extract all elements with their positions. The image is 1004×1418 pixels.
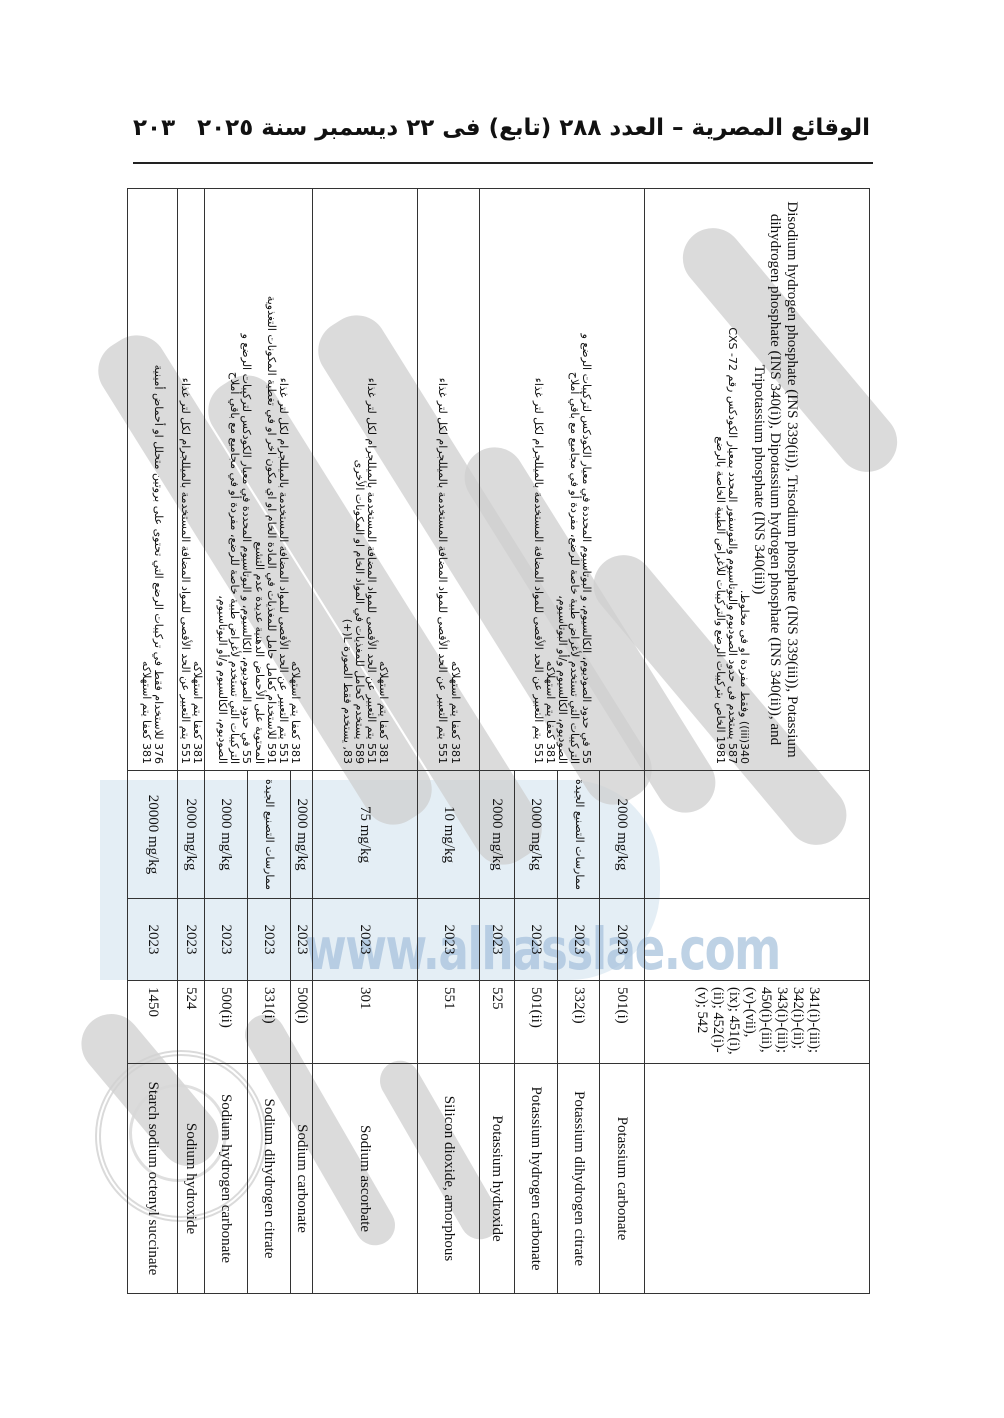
ins-number-cell: 341(i)-(iii); 342(i)-(ii); 343(i)-(iii);… (645, 981, 870, 1064)
max-level-cell: ممارسات التصنيع الجيدة (248, 771, 291, 899)
max-level-value: 20000 mg/kg (145, 795, 161, 875)
additives-table-frame: 341(i)-(iii); 342(i)-(ii); 343(i)-(iii);… (133, 188, 870, 1293)
max-level-value: 75 mg/kg (357, 806, 373, 863)
notes-line: 551 يتم التعبير عن الحد الأقصى للمواد ال… (277, 195, 289, 764)
max-level-cell: 10 mg/kg (418, 771, 480, 899)
notes-line: 1981 الخاص بتركيبات الرضع والتركيبات للأ… (714, 195, 726, 764)
ins-number-cell: 551 (418, 981, 480, 1064)
notes-line: 381 كعفا يتم استهلاكه (289, 195, 301, 764)
year-cell: 2023 (205, 899, 248, 981)
max-level-cell: 2000 mg/kg (515, 771, 558, 899)
notes-line: 551 يتم التعبير عن الحد الأقصى للمواد ال… (532, 195, 544, 764)
notes-cell: Disodium hydrogen phosphate (INS 339(ii)… (645, 189, 870, 771)
notes-line: 551 يتم التعبير عن الحد الأقصى للمواد ال… (436, 195, 448, 764)
max-level-cell: 20000 mg/kg (127, 771, 177, 899)
notes-cell: 381 كعفا يتم استهلاكه551 يتم التعبير عن … (177, 189, 204, 771)
table-row: Sodium hydroxide52420232000 mg/kg381 كعف… (177, 189, 204, 1294)
notes-cell: 55 في حدود الصوديوم، الكالسيوم، و البوتا… (480, 189, 645, 771)
year-cell: 2023 (480, 899, 515, 981)
ins-number-cell: 525 (480, 981, 515, 1064)
notes-line: 55 في حدود الصوديوم، الكالسيوم، و البوتا… (580, 195, 592, 764)
table-row: Sodium carbonate500(i)20232000 mg/kg381 … (291, 189, 313, 1294)
ins-number-cell: 1450 (127, 981, 177, 1064)
additive-name-cell: Potassium hydrogen carbonate (515, 1064, 558, 1294)
max-level-value: 2000 mg/kg (183, 798, 199, 870)
notes-line: 551 يتم التعبير عن الحد الأقصى للمواد ال… (179, 195, 191, 764)
additive-name-cell: Potassium carbonate (600, 1064, 645, 1294)
max-level-cell: 75 mg/kg (313, 771, 418, 899)
additive-name-cell: Silicon dioxide, amorphous (418, 1064, 480, 1294)
additive-name-cell: Potassium hydroxide (480, 1064, 515, 1294)
year-cell: 2023 (291, 899, 313, 981)
notes-line: 340(iii)) وفقط مفردة او فى مخلوط. (738, 195, 750, 764)
gmp-note: ممارسات التصنيع الجيدة (572, 777, 584, 892)
table-row: Starch sodium octenyl succinate145020232… (127, 189, 177, 1294)
year-cell: 2023 (313, 899, 418, 981)
notes-line: 381 كعفا يتم استهلاكه (544, 195, 556, 764)
max-level-cell: 2000 mg/kg (480, 771, 515, 899)
additives-table: 341(i)-(iii); 342(i)-(ii); 343(i)-(iii);… (127, 188, 870, 1294)
additive-name-cell: Sodium hydrogen carbonate (205, 1064, 248, 1294)
ins-number-cell: 331(i) (248, 981, 291, 1064)
notes-line: التركيبات التي تستخدم لأغراض طبية خاصة ل… (228, 195, 240, 764)
year-cell: 2023 (515, 899, 558, 981)
max-level-value: 2000 mg/kg (489, 798, 505, 870)
page-number: ٢٠٣ (133, 115, 175, 141)
notes-line: 381 كعفا يتم استهلاكه (449, 195, 461, 764)
notes-english-text: Disodium hydrogen phosphate (INS 339(ii)… (750, 195, 800, 764)
table-row: Potassium carbonate501(i)20232000 mg/kg5… (600, 189, 645, 1294)
notes-line: 83, يستخدم فقط الصورة L(+) (341, 195, 353, 764)
year-cell: 2023 (558, 899, 600, 981)
notes-cell: 381 كعفا يتم استهلاكه551 يتم التعبير عن … (313, 189, 418, 771)
notes-cell: 381 كعفا يتم استهلاكه551 يتم التعبير عن … (205, 189, 313, 771)
year-cell: 2023 (600, 899, 645, 981)
additive-name-cell (645, 1064, 870, 1294)
ins-number-cell: 524 (177, 981, 204, 1064)
gmp-note: ممارسات التصنيع الجيدة (263, 777, 275, 892)
table-row: Silicon dioxide, amorphous551202310 mg/k… (418, 189, 480, 1294)
additive-name-cell: Potassium dihydrogen citrate (558, 1064, 600, 1294)
year-cell: 2023 (248, 899, 291, 981)
max-level-value: 2000 mg/kg (218, 798, 234, 870)
ins-number-cell: 501(i) (600, 981, 645, 1064)
max-level-cell (645, 771, 870, 899)
notes-line: 376 للاستخدام فقط في تركيبات الرضع التي … (152, 195, 164, 764)
max-level-value: 2000 mg/kg (294, 798, 310, 870)
max-level-cell: 2000 mg/kg (205, 771, 248, 899)
header-title: الوقائع المصرية – العدد ٢٨٨ (تابع) فى ٢٢… (197, 115, 870, 141)
notes-line: المحتوية على الأحماض الدهنية عديدة عدم ا… (252, 195, 264, 764)
table-row: Sodium ascorbate301202375 mg/kg381 كعفا … (313, 189, 418, 1294)
notes-cell: 381 كعفا يتم استهلاكه551 يتم التعبير عن … (418, 189, 480, 771)
notes-line: الصوديوم، الكالسيوم و/أو البوتاسيوم، (216, 195, 228, 764)
notes-line: 381 كعفا يتم استهلاكه (377, 195, 389, 764)
year-cell: 2023 (127, 899, 177, 981)
max-level-cell: 2000 mg/kg (600, 771, 645, 899)
notes-line: 381 كعفا يتم استهلاكه (140, 195, 152, 764)
max-level-value: 10 mg/kg (441, 806, 457, 863)
max-level-cell: ممارسات التصنيع الجيدة (558, 771, 600, 899)
notes-line: الصوديوم، الكالسيوم و/أو البوتاسيوم، (556, 195, 568, 764)
header-rule (133, 162, 873, 164)
additive-name-cell: Sodium ascorbate (313, 1064, 418, 1294)
table-row: 341(i)-(iii); 342(i)-(ii); 343(i)-(iii);… (645, 189, 870, 1294)
max-level-cell: 2000 mg/kg (291, 771, 313, 899)
year-cell: 2023 (177, 899, 204, 981)
notes-line: 587 يستخدم فى حدود الصوديوم والبوتاسيوم … (726, 195, 738, 764)
max-level-cell: 2000 mg/kg (177, 771, 204, 899)
additive-name-cell: Starch sodium octenyl succinate (127, 1064, 177, 1294)
ins-number-cell: 500(i) (291, 981, 313, 1064)
ins-number-cell: 332(i) (558, 981, 600, 1064)
additive-name-cell: Sodium hydroxide (177, 1064, 204, 1294)
notes-cell: 376 للاستخدام فقط في تركيبات الرضع التي … (127, 189, 177, 771)
max-level-value: 2000 mg/kg (614, 798, 630, 870)
notes-line: 55 في حدود الصوديوم، الكالسيوم، و البوتا… (240, 195, 252, 764)
notes-line: 591 للاستخدام كعامل حامل للمغذيات في الم… (265, 195, 277, 764)
year-cell: 2023 (418, 899, 480, 981)
notes-line: 551 يتم التعبير عن الحد الأقصى للمواد ال… (365, 195, 377, 764)
additive-name-cell: Sodium dihydrogen citrate (248, 1064, 291, 1294)
max-level-value: 2000 mg/kg (528, 798, 544, 870)
notes-line: 589 يستخدم كحامل للمغذيات في المواد الخا… (353, 195, 365, 764)
ins-number-cell: 301 (313, 981, 418, 1064)
page-header: الوقائع المصرية – العدد ٢٨٨ (تابع) فى ٢٢… (133, 108, 870, 148)
additive-name-cell: Sodium carbonate (291, 1064, 313, 1294)
ins-number-cell: 500(ii) (205, 981, 248, 1064)
year-cell (645, 899, 870, 981)
ins-number-cell: 501(ii) (515, 981, 558, 1064)
notes-line: التركيبات التي تستخدم لأغراض طبية خاصة ل… (568, 195, 580, 764)
notes-line: 381 كعفا يتم استهلاكه (191, 195, 203, 764)
